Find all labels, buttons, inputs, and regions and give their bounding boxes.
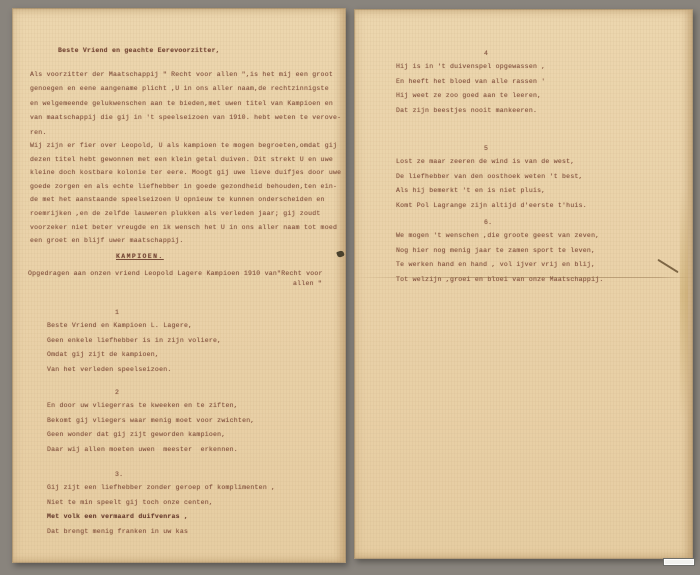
verse-number: 4 (484, 50, 676, 57)
verse-line: Als hij bemerkt 't en is niet pluis, (396, 184, 676, 199)
paragraph-2: Wij zijn er fier over Leopold, U als kam… (30, 139, 335, 248)
text-line: van maatschappij die gij in 't speelseiz… (30, 111, 335, 125)
verse-line: Dat zijn beestjes nooit mankeeren. (396, 104, 676, 119)
verse-3: 3. Gij zijt een liefhebber zonder geroep… (47, 471, 327, 540)
text-line: de met het aanstaande speelseizoen U opn… (30, 193, 335, 207)
text-line: voorzeker niet beter vreugde en ik wensc… (30, 221, 335, 235)
verse-line: Dat brengt menig franken in uw kas (47, 525, 327, 540)
text-line: dezen titel hebt gewonnen met een klein … (30, 153, 335, 167)
verse-4: 4 Hij is in 't duivenspel opgewassen , E… (396, 50, 676, 119)
verse-line: Hij weet ze zoo goed aan te leeren, (396, 89, 676, 104)
verse-line: Beste Vriend en Kampioen L. Lagere, (47, 319, 327, 334)
verse-line: Daar wij allen moeten uwen meester erken… (47, 443, 327, 458)
text-line: een groet en blijf uwer maatschappij. (30, 234, 335, 248)
verse-line: Komt Pol Lagrange zijn altijd d'eerste t… (396, 199, 676, 214)
text-line: ren. (30, 126, 335, 140)
verse-number: 6. (484, 219, 676, 226)
verse-line: Te werken hand en hand , vol ijver vrij … (396, 258, 676, 273)
verse-line: Lost ze maar zeeren de wind is van de we… (396, 155, 676, 170)
dedication-line-continuation: allen " (293, 280, 322, 287)
salutation: Beste Vriend en geachte Eerevoorzitter, (58, 47, 220, 54)
verse-2: 2 En door uw vliegerras te kweeken en te… (47, 389, 327, 458)
verse-line: Omdat gij zijt de kampioen, (47, 348, 327, 363)
verse-line: En door uw vliegerras te kweeken en te z… (47, 399, 327, 414)
verse-5: 5 Lost ze maar zeeren de wind is van de … (396, 145, 676, 214)
dedication-line: Opgedragen aan onzen vriend Leopold Lage… (28, 270, 323, 277)
letter-page-1: Beste Vriend en geachte Eerevoorzitter, … (12, 8, 346, 563)
verse-line: Van het verleden speelseizoen. (47, 363, 327, 378)
scan-background: Beste Vriend en geachte Eerevoorzitter, … (0, 0, 700, 575)
text-line: roemrijken ,en de zelfde lauweren plukke… (30, 207, 335, 221)
verse-line: Hij is in 't duivenspel opgewassen , (396, 60, 676, 75)
verse-line: Nog hier nog menig jaar te zamen sport t… (396, 244, 676, 259)
verse-number: 1 (115, 309, 327, 316)
text-line: Wij zijn er fier over Leopold, U als kam… (30, 139, 335, 153)
text-line: en welgemeende gelukwenschen aan te bied… (30, 97, 335, 111)
scale-marker (663, 558, 695, 566)
verse-line: Bekomt gij vliegers waar menig moet voor… (47, 414, 327, 429)
verse-number: 5 (484, 145, 676, 152)
text-line: kleine doch kostbare kolonie ter eere. M… (30, 166, 335, 180)
text-line: goede zorgen en als echte liefhebber in … (30, 180, 335, 194)
verse-line: En heeft het bloed van alle rassen ' (396, 75, 676, 90)
verse-line: We mogen 't wenschen ,die groote geest v… (396, 229, 676, 244)
verse-line: Geen enkele liefhebber is in zijn volier… (47, 334, 327, 349)
verse-line: De liefhebber van den oosthoek weten 't … (396, 170, 676, 185)
verse-number: 2 (115, 389, 327, 396)
verse-line: Tot welzijn ,groei en bloei van onze Maa… (396, 273, 676, 288)
text-line: Als voorzitter der Maatschappij " Recht … (30, 68, 335, 82)
verse-1: 1 Beste Vriend en Kampioen L. Lagere, Ge… (47, 309, 327, 378)
paper-crease (355, 277, 692, 278)
paper-discoloration (680, 190, 688, 420)
paragraph-1: Als voorzitter der Maatschappij " Recht … (30, 68, 335, 140)
letter-page-2: 4 Hij is in 't duivenspel opgewassen , E… (354, 9, 693, 559)
verse-line: Gij zijt een liefhebber zonder geroep of… (47, 481, 327, 496)
verse-number: 3. (115, 471, 327, 478)
poem-title: KAMPIOEN. (116, 253, 164, 260)
verse-line: Niet te min speelt gij toch onze centen, (47, 496, 327, 511)
verse-line: Geen wonder dat gij zijt geworden kampio… (47, 428, 327, 443)
ink-speck (336, 250, 345, 258)
verse-line: Met volk een vermaard duifvenras , (47, 510, 327, 525)
text-line: genoegen en eene aangename plicht ,U in … (30, 82, 335, 96)
